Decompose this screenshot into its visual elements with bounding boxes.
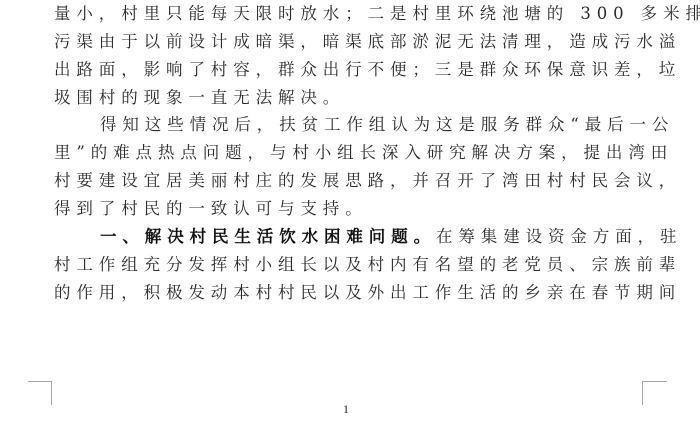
section-heading-continuation: 在筹集建设资金方面，驻 xyxy=(436,227,682,246)
text-line: 村工作组充分发挥村小组长以及村内有名望的老党员、宗族前辈 xyxy=(54,251,681,279)
page-margin-corner-mark-right xyxy=(642,381,667,405)
text-line: 圾围村的现象一直无法解决。 xyxy=(54,84,345,112)
text-line: 污渠由于以前设计成暗渠，暗渠底部淤泥无法清理，造成污水溢 xyxy=(54,28,681,56)
page-number: 1 xyxy=(340,401,352,417)
section-heading-line: 一、解决村民生活饮水困难问题。在筹集建设资金方面，驻 xyxy=(100,223,682,251)
text-line: 村要建设宜居美丽村庄的发展思路，并召开了湾田村村民会议， xyxy=(54,167,681,195)
text-line: 的作用，积极发动本村村民以及外出工作生活的乡亲在春节期间 xyxy=(54,279,681,307)
text-line: 出路面，影响了村容，群众出行不便；三是群众环保意识差，垃 xyxy=(54,56,681,84)
section-heading: 一、解决村民生活饮水困难问题。 xyxy=(100,227,436,246)
text-line: 里”的难点热点问题，与村小组长深入研究解决方案，提出湾田 xyxy=(54,139,673,167)
document-page: 量小，村里只能每天限时放水；二是村里环绕池塘的 300 多米排 污渠由于以前设计… xyxy=(0,0,700,422)
text-line: 量小，村里只能每天限时放水；二是村里环绕池塘的 300 多米排 xyxy=(54,0,700,28)
page-margin-corner-mark-left xyxy=(28,381,52,405)
text-line: 得到了村民的一致认可与支持。 xyxy=(54,195,368,223)
paragraph-start-line: 得知这些情况后，扶贫工作组认为这是服务群众“最后一公 xyxy=(100,111,674,139)
